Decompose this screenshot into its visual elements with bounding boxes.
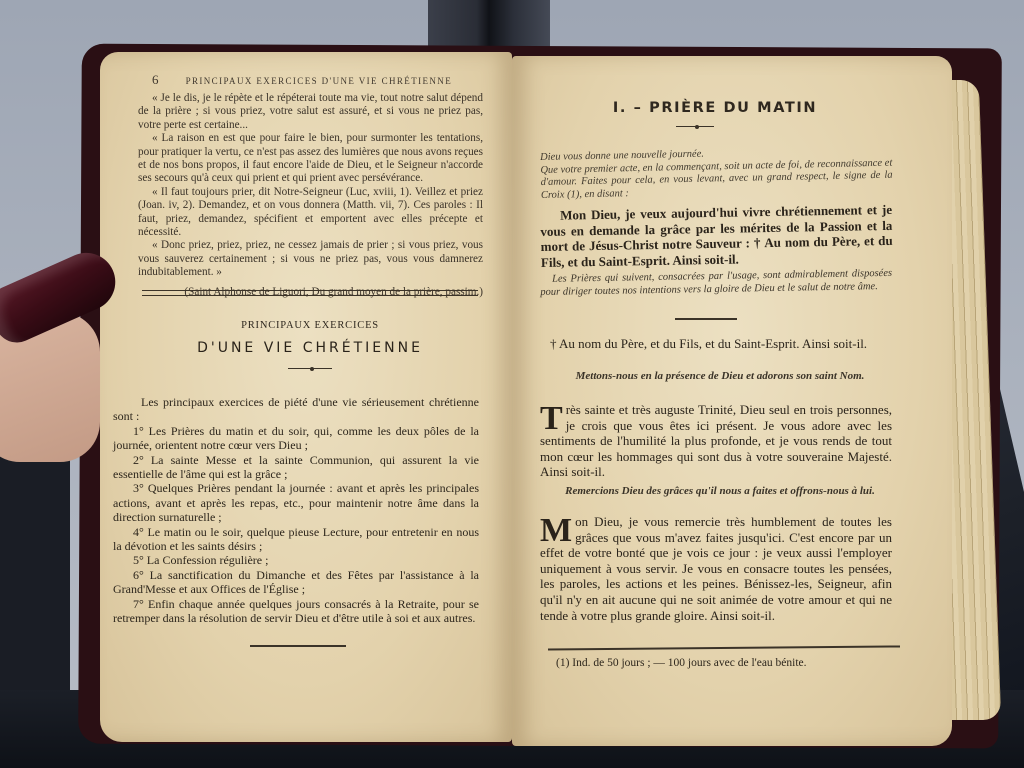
section-title-large: D'UNE VIE CHRÉTIENNE <box>140 340 480 356</box>
morning-intro: Dieu vous donne une nouvelle journée. Qu… <box>540 145 893 203</box>
quote-paragraph: « Je le dis, je le répète et le répétera… <box>138 92 483 132</box>
offering-prayer: Mon Dieu, je veux aujourd'hui vivre chré… <box>540 202 893 270</box>
subheading-thanks: Remercions Dieu des grâces qu'il nous a … <box>545 485 895 498</box>
quote-paragraph: « La raison en est que pour faire le bie… <box>138 132 483 186</box>
book-stand-left <box>0 440 70 690</box>
mid-rule <box>675 318 737 320</box>
page-number: 6 <box>152 72 160 87</box>
list-item: 2° La sainte Messe et la sainte Communio… <box>113 453 479 482</box>
hand-finger <box>0 292 138 422</box>
list-item: 6° La sanctification du Dimanche et des … <box>113 568 479 597</box>
adoration-text: rès sainte et très auguste Trinité, Dieu… <box>540 402 892 479</box>
offering-prayer-text: Mon Dieu, je veux aujourd'hui vivre chré… <box>540 202 893 270</box>
quote-paragraph: « Donc priez, priez, priez, ne cessez ja… <box>138 239 483 279</box>
ornament-divider <box>676 126 714 127</box>
adoration-prayer: Très sainte et très auguste Trinité, Die… <box>540 402 892 480</box>
quote-paragraph: « Il faut toujours prier, dit Notre-Seig… <box>138 186 483 240</box>
liguori-quote: « Je le dis, je le répète et le répétera… <box>138 92 483 299</box>
list-item: 3° Quelques Prières pendant la journée :… <box>113 481 479 524</box>
list-item: 4° Le matin ou le soir, quelque pieuse L… <box>113 525 479 554</box>
section-title-small: PRINCIPAUX EXERCICES <box>140 320 480 331</box>
list-item: 1° Les Prières du matin et du soir, qui,… <box>113 424 479 453</box>
footnote: (1) Ind. de 50 jours ; — 100 jours avec … <box>556 657 896 669</box>
intro-line: Que votre premier acte, en la commençant… <box>540 157 893 202</box>
prayer-title: I. – PRIÈRE DU MATIN <box>560 100 870 116</box>
sign-of-cross-text: † Au nom du Père, et du Fils, et du Sain… <box>540 336 892 352</box>
running-head: 6 PRINCIPAUX EXERCICES D'UNE VIE CHRÉTIE… <box>152 72 482 88</box>
sign-of-cross: † Au nom du Père, et du Fils, et du Sain… <box>540 336 892 352</box>
thanksgiving-prayer: Mon Dieu, je vous remercie très humbleme… <box>540 514 892 623</box>
list-item: 7° Enfin chaque année quelques jours con… <box>113 597 479 626</box>
ornament-divider <box>288 368 332 369</box>
double-rule-divider <box>142 290 478 296</box>
running-head-title: PRINCIPAUX EXERCICES D'UNE VIE CHRÉTIENN… <box>186 76 453 86</box>
drop-cap: M <box>540 517 572 545</box>
exercises-list: Les principaux exercices de piété d'une … <box>113 395 479 626</box>
thanksgiving-text: on Dieu, je vous remercie très humblemen… <box>540 514 892 623</box>
list-item: 5° La Confession régulière ; <box>113 553 479 567</box>
list-intro: Les principaux exercices de piété d'une … <box>113 395 479 424</box>
end-rule <box>250 645 346 647</box>
subheading-presence: Mettons-nous en la présence de Dieu et a… <box>545 370 895 383</box>
drop-cap: T <box>540 405 563 433</box>
